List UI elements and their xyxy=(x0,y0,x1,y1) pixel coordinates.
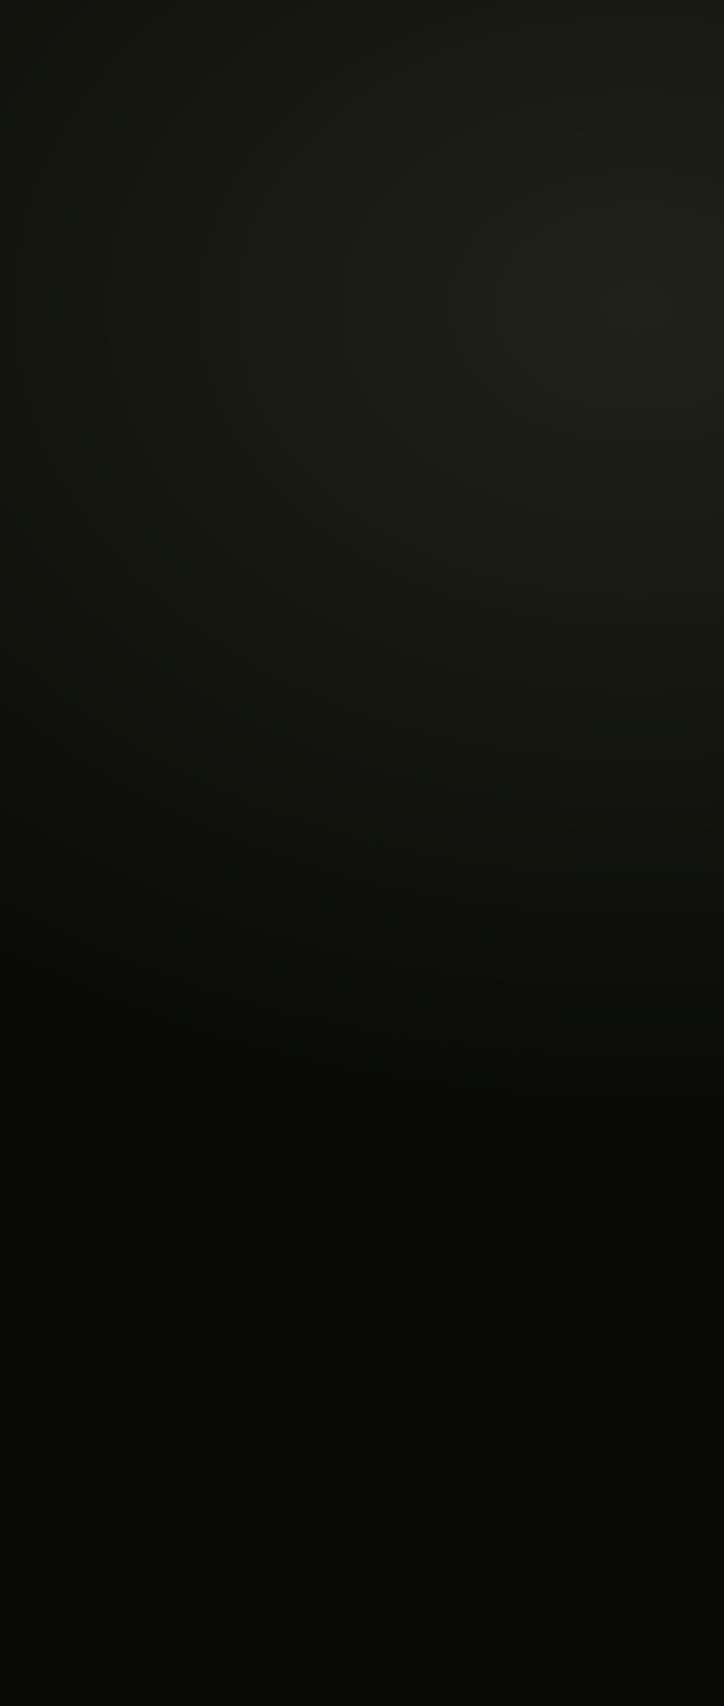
photo-background xyxy=(0,0,724,1706)
bone-calendar-plaque xyxy=(0,0,724,1706)
